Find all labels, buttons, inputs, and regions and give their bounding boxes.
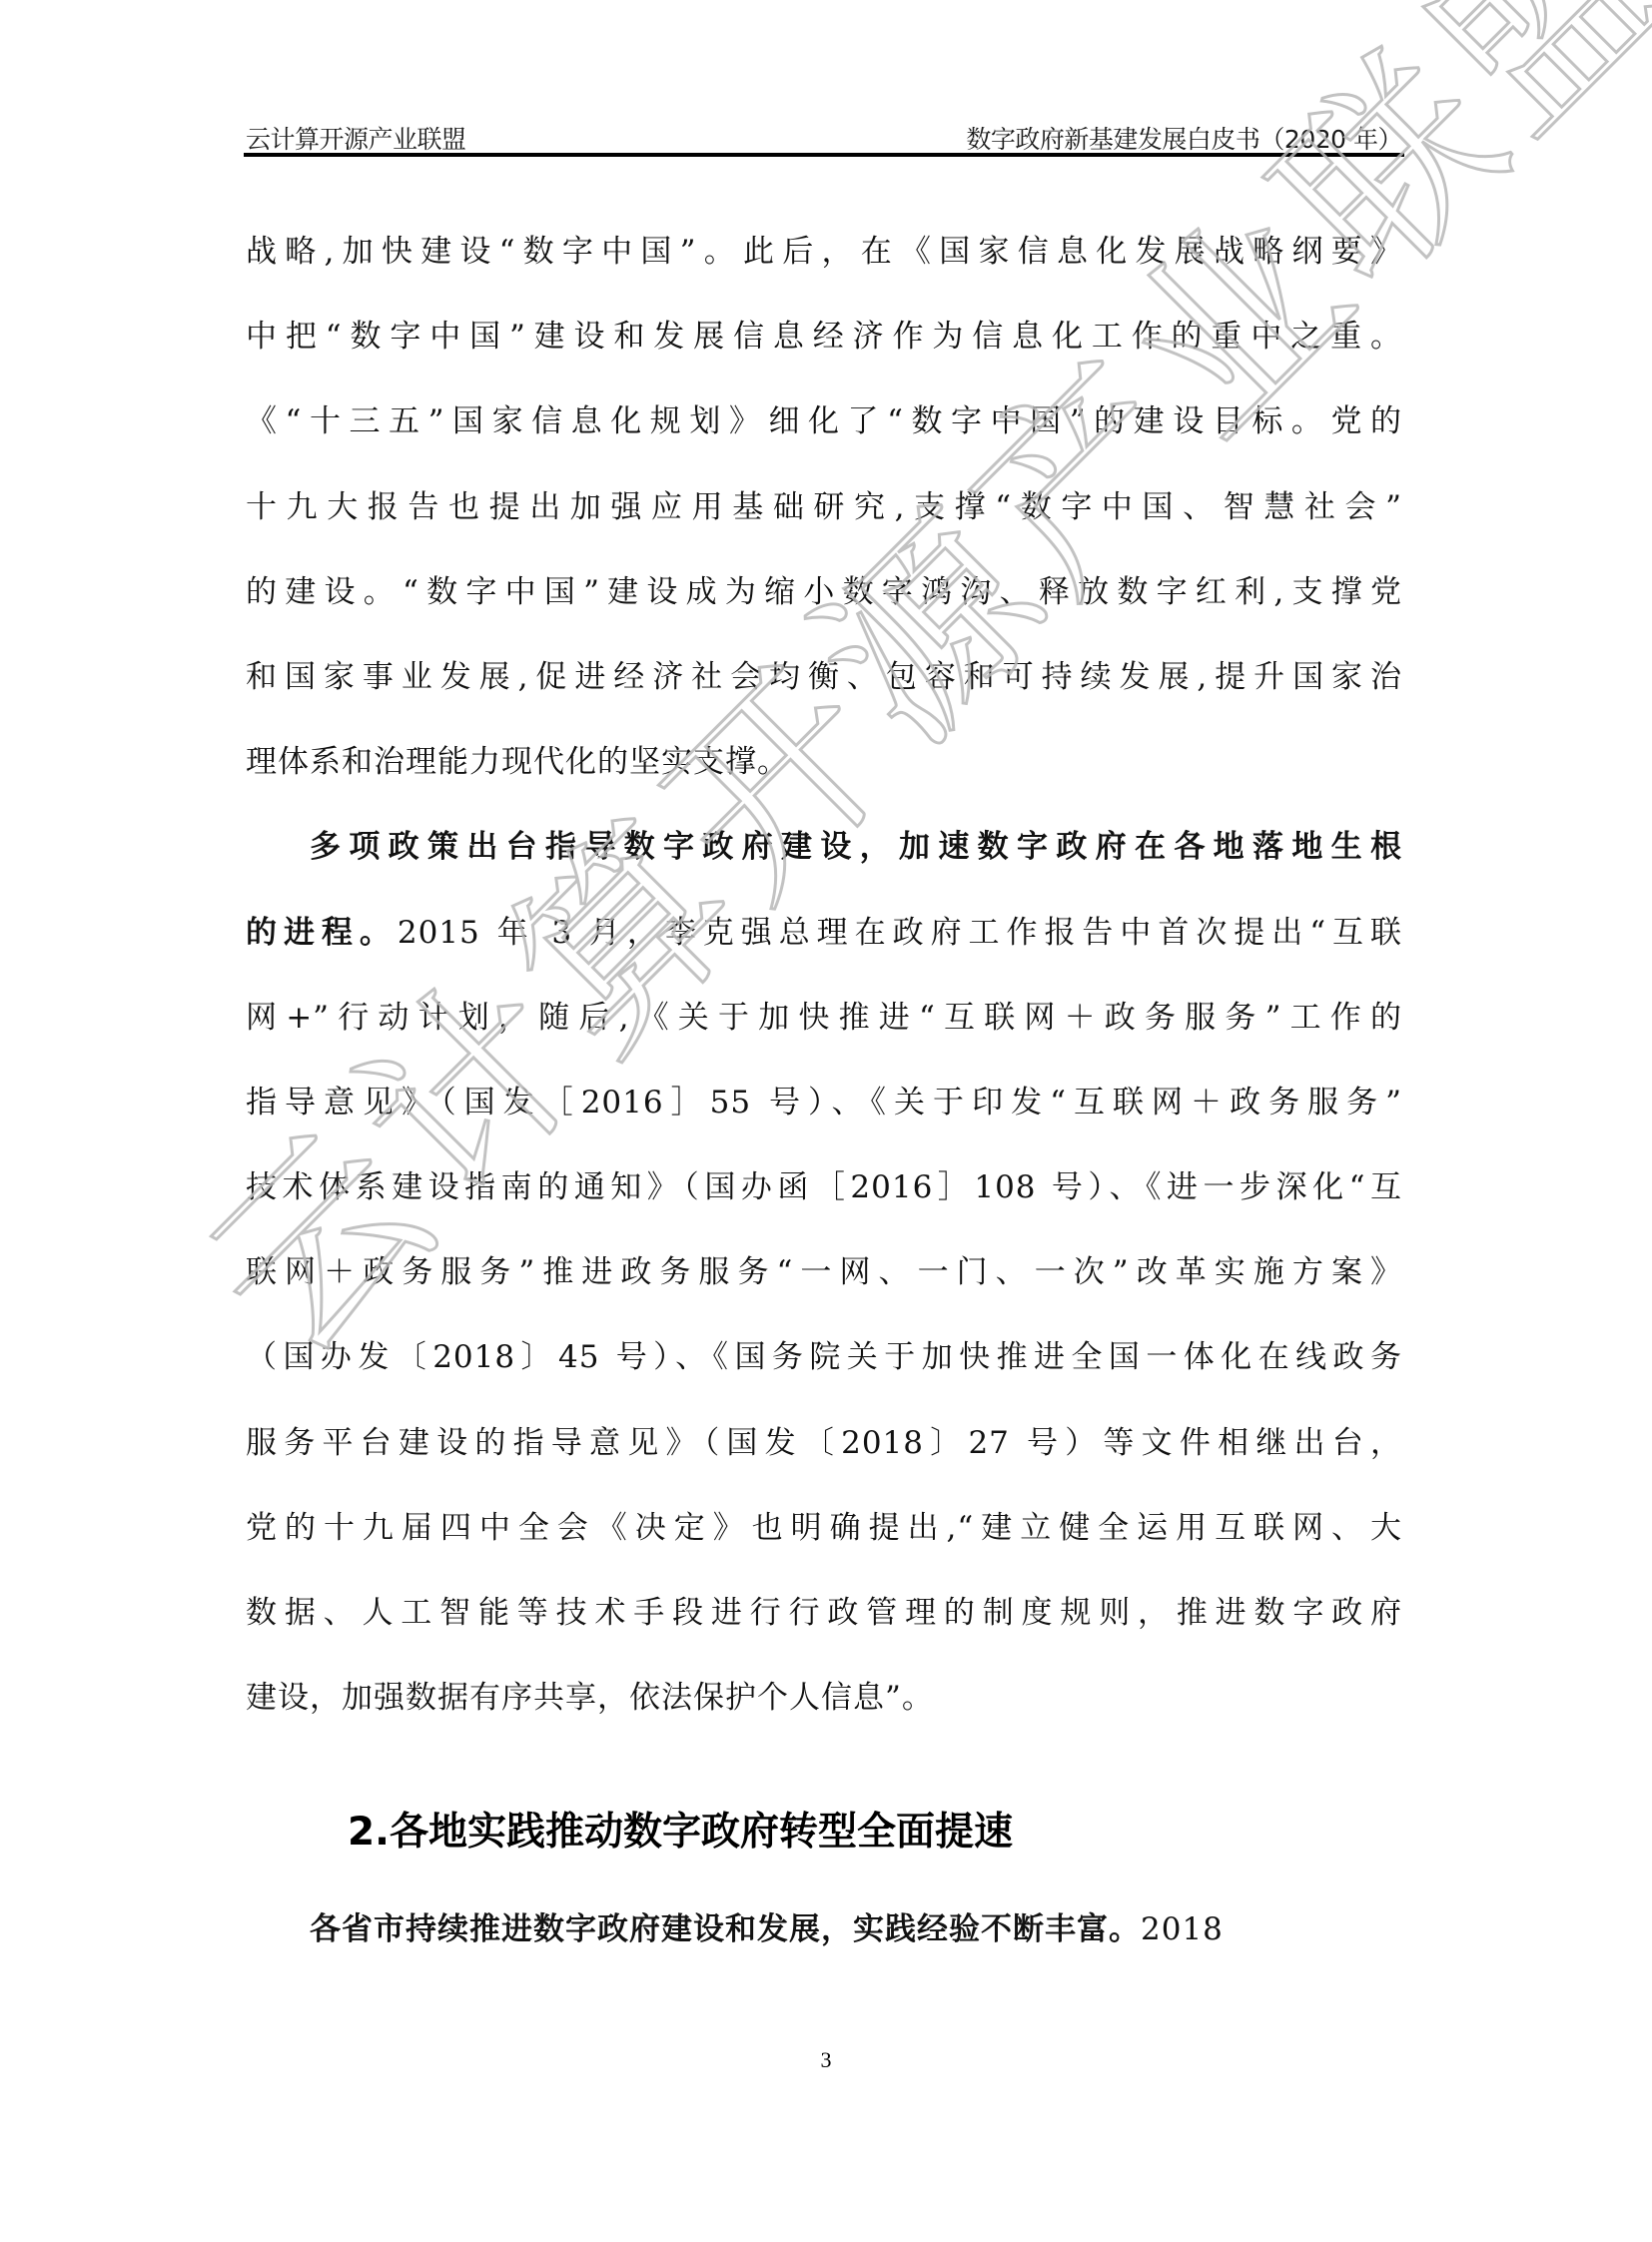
section-lead-paragraph: 各省市持续推进数字政府建设和发展，实践经验不断丰富。2018 <box>246 1887 1402 1972</box>
text-line: 各省市持续推进数字政府建设和发展，实践经验不断丰富。2018 <box>246 1887 1402 1972</box>
text-span: 2015 年 3 月，李克强总理在政府工作报告中首次提出“互联 <box>398 915 1402 951</box>
paragraph-digital-china: 战略,加快建设“数字中国”。此后，在《国家信息化发展战略纲要》 中把“数字中国”… <box>246 210 1402 805</box>
bold-topic-sentence: 多项政策出台指导数字政府建设，加速数字政府在各地落地生根 <box>246 805 1402 890</box>
bold-topic-sentence-end: 的进程。 <box>246 915 398 951</box>
text-line: 联网＋政务服务”推进政务服务“一网、一门、一次”改革实施方案》 <box>246 1230 1402 1315</box>
text-line: 服务平台建设的指导意见》（国发〔2018〕27 号）等文件相继出台， <box>246 1401 1402 1486</box>
page-header: 云计算开源产业联盟 数字政府新基建发展白皮书（2020 年） <box>246 112 1402 156</box>
text-line: 和国家事业发展,促进经济社会均衡、包容和可持续发展,提升国家治 <box>246 635 1402 720</box>
body-text: 战略,加快建设“数字中国”。此后，在《国家信息化发展战略纲要》 中把“数字中国”… <box>246 210 1402 1741</box>
text-line: 中把“数字中国”建设和发展信息经济作为信息化工作的重中之重。 <box>246 295 1402 379</box>
text-line: 数据、人工智能等技术手段进行行政管理的制度规则，推进数字政府 <box>246 1571 1402 1656</box>
header-organization: 云计算开源产业联盟 <box>246 120 466 156</box>
text-span: 2018 <box>1141 1911 1224 1947</box>
text-line: 的进程。2015 年 3 月，李克强总理在政府工作报告中首次提出“互联 <box>246 891 1402 976</box>
text-line: 战略,加快建设“数字中国”。此后，在《国家信息化发展战略纲要》 <box>246 210 1402 295</box>
text-line: 《“十三五”国家信息化规划》细化了“数字中国”的建设目标。党的 <box>246 379 1402 464</box>
text-line: 理体系和治理能力现代化的坚实支撑。 <box>246 720 1402 805</box>
section-heading: 2.各地实践推动数字政府转型全面提速 <box>348 1801 1013 1865</box>
header-divider <box>244 153 1404 157</box>
page-number: 3 <box>0 2047 1652 2073</box>
text-line: 指导意见》（国发［2016］55 号）、《关于印发“互联网＋政务服务” <box>246 1061 1402 1145</box>
bold-topic-sentence: 各省市持续推进数字政府建设和发展，实践经验不断丰富。 <box>310 1911 1141 1947</box>
text-line: （国办发〔2018〕45 号）、《国务院关于加快推进全国一体化在线政务 <box>246 1315 1402 1400</box>
text-line: 的建设。“数字中国”建设成为缩小数字鸿沟、释放数字红利,支撑党 <box>246 550 1402 635</box>
text-line: 技术体系建设指南的通知》（国办函［2016］108 号）、《进一步深化“互 <box>246 1145 1402 1230</box>
text-line: 建设，加强数据有序共享，依法保护个人信息”。 <box>246 1656 1402 1741</box>
text-line: 党的十九届四中全会《决定》也明确提出,“建立健全运用互联网、大 <box>246 1486 1402 1571</box>
text-line: 十九大报告也提出加强应用基础研究,支撑“数字中国、智慧社会” <box>246 465 1402 550</box>
paragraph-policies: 多项政策出台指导数字政府建设，加速数字政府在各地落地生根 的进程。2015 年 … <box>246 805 1402 1741</box>
text-line: 网+”行动计划，随后,《关于加快推进“互联网＋政务服务”工作的 <box>246 976 1402 1061</box>
header-document-title: 数字政府新基建发展白皮书（2020 年） <box>966 120 1402 156</box>
